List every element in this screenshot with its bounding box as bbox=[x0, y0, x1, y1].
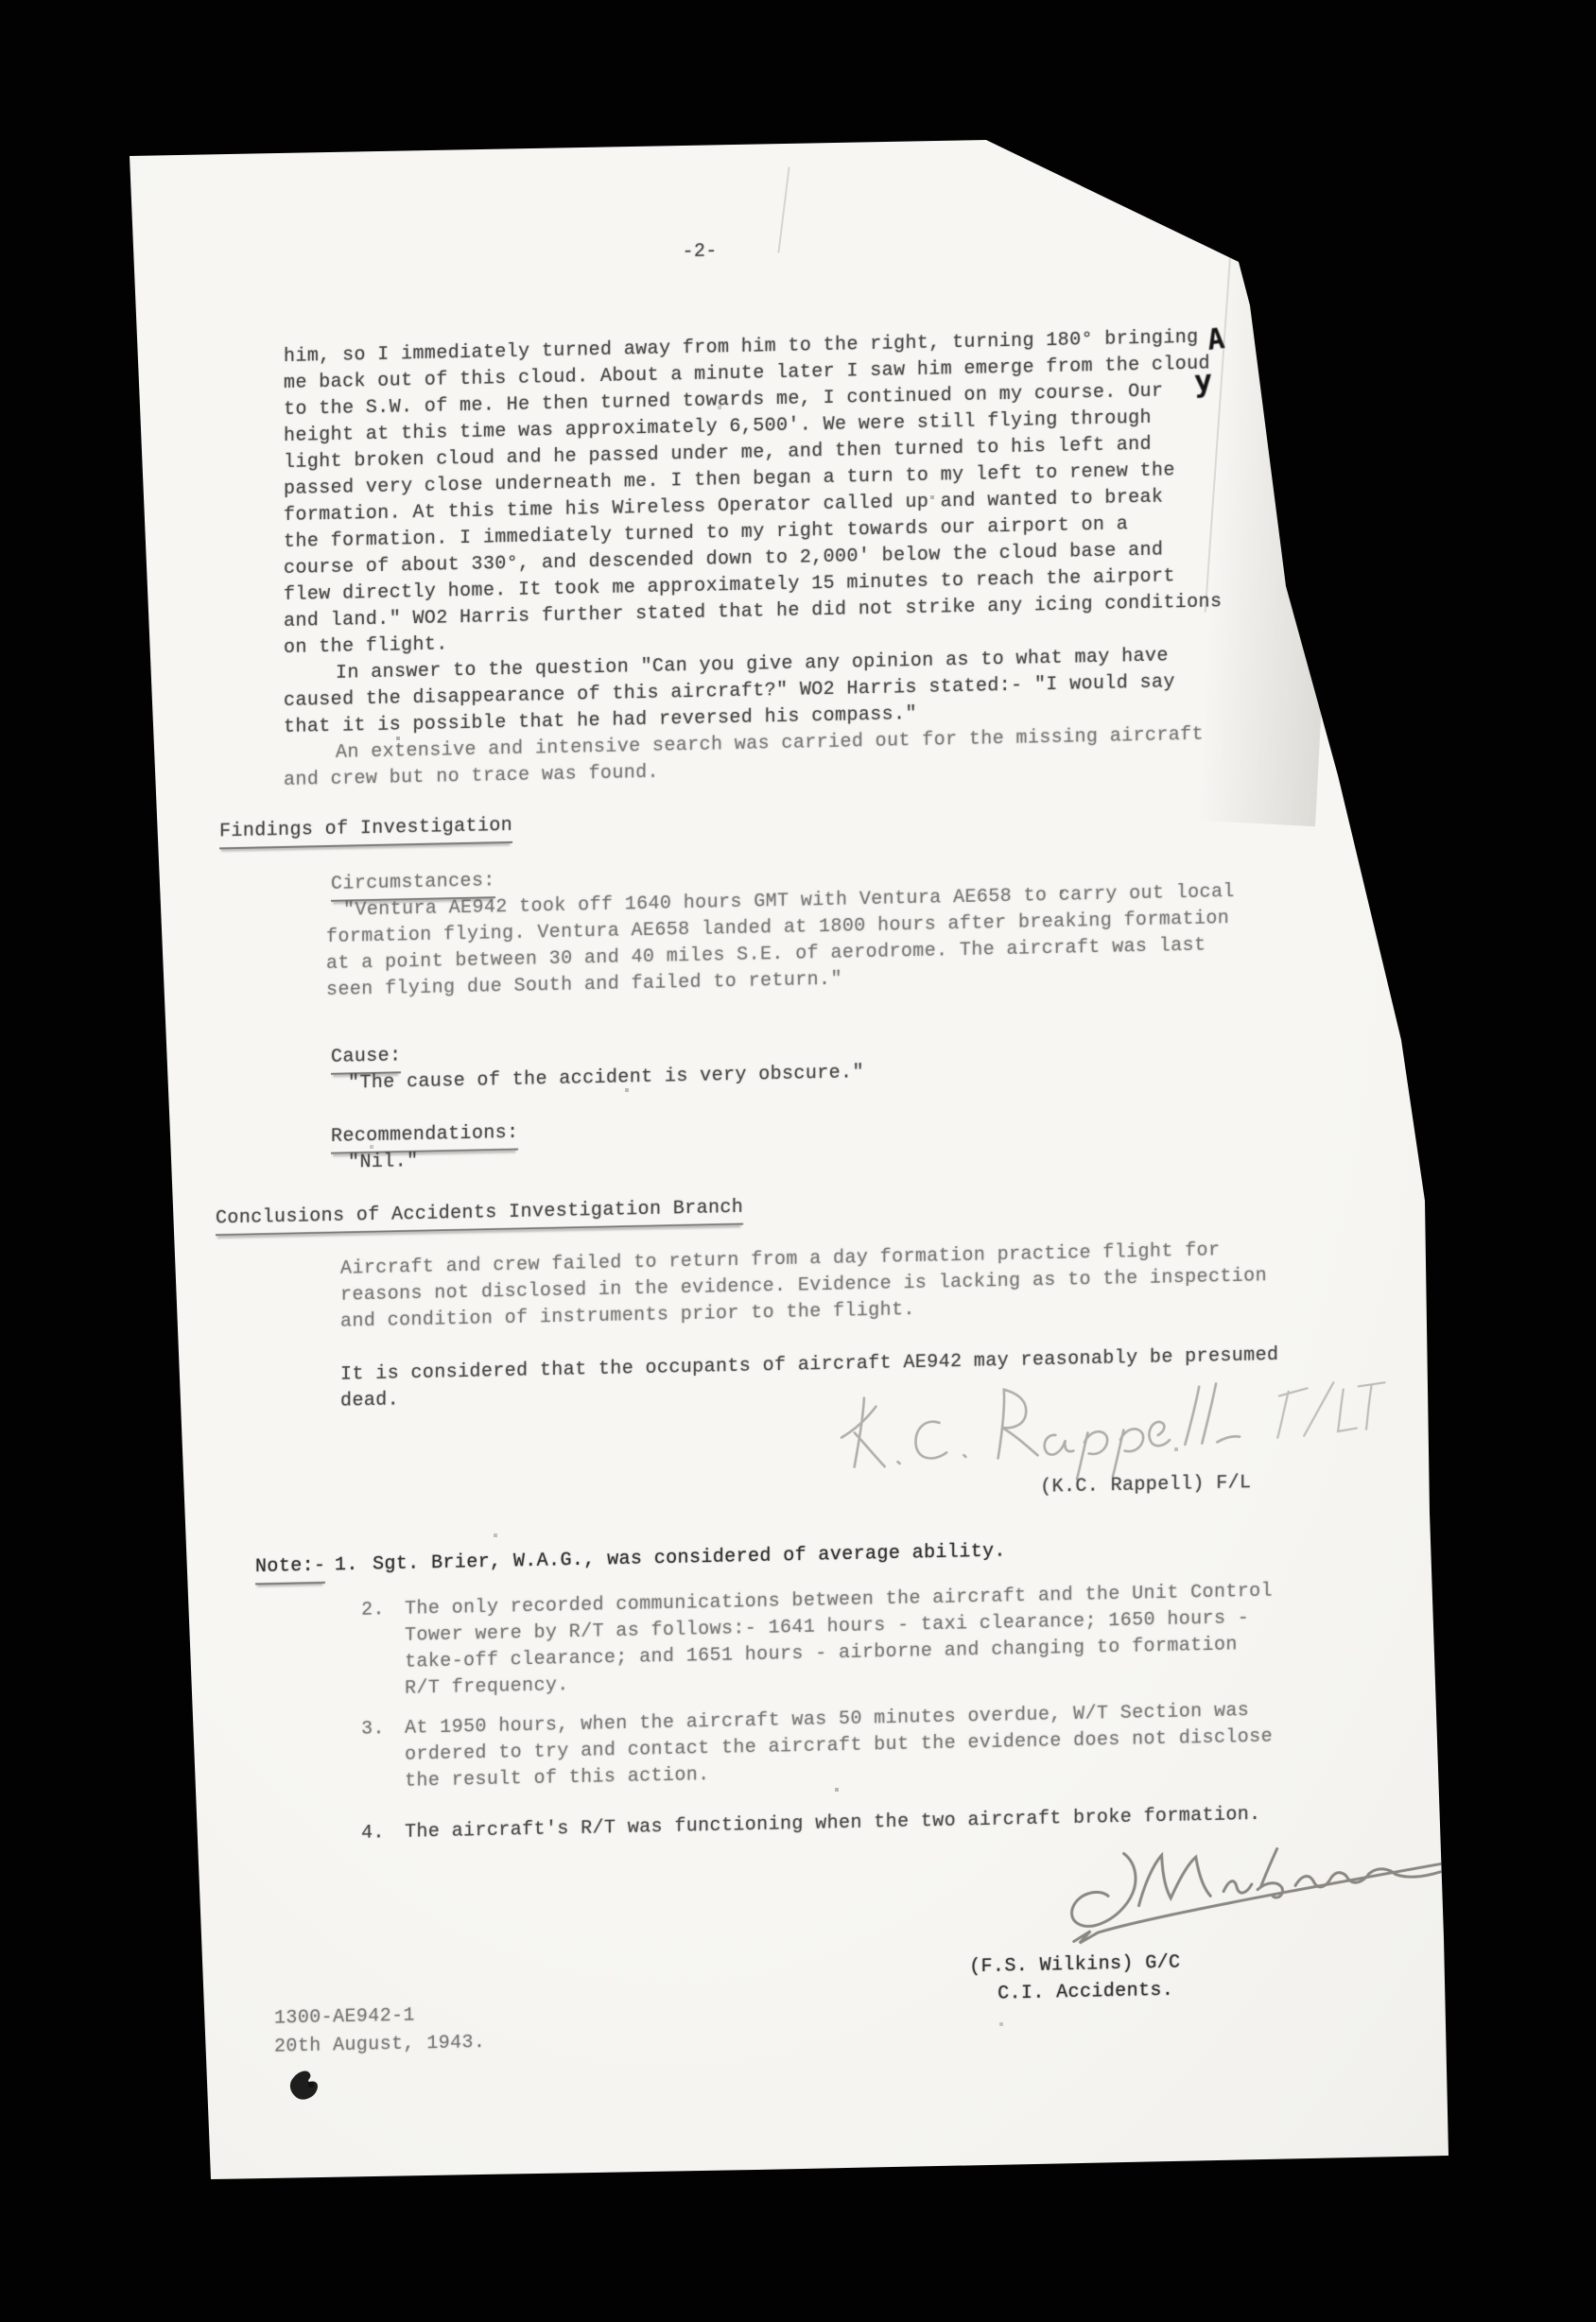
cause-line: "The cause of the accident is very obscu… bbox=[348, 1060, 864, 1097]
conclusions-paragraph: Aircraft and crew failed to return from … bbox=[340, 1237, 1267, 1336]
file-reference: 1300-AE942-1 bbox=[274, 2003, 415, 2033]
page-number: -2- bbox=[284, 231, 1116, 274]
findings-heading: Findings of Investigation bbox=[219, 813, 512, 849]
note-3-number: 3. bbox=[361, 1716, 405, 1743]
edge-ink-mark-bottom: y bbox=[1193, 362, 1214, 399]
conclusions-heading-text: Conclusions of Accidents Investigation B… bbox=[216, 1195, 743, 1237]
paper-speckles bbox=[0, 0, 2, 2]
note-item-3: 3.At 1950 hours, when the aircraft was 5… bbox=[361, 1698, 1273, 1796]
wilkins-signature-script bbox=[961, 1819, 1475, 1970]
document-date: 20th August, 1943. bbox=[274, 2030, 485, 2061]
ink-blob bbox=[284, 2065, 325, 2108]
typed-content: -2- him, so I immediately turned away fr… bbox=[284, 316, 1437, 2192]
wilkins-typed-title: C.I. Accidents. bbox=[997, 1978, 1173, 2008]
note-item-1: Note:-1.Sgt. Brier, W.A.G., was consider… bbox=[255, 1539, 1006, 1586]
recommendations-line: "Nil." bbox=[348, 1149, 418, 1177]
note-1-text: Sgt. Brier, W.A.G., was considered of av… bbox=[373, 1541, 1006, 1576]
conclusions-heading: Conclusions of Accidents Investigation B… bbox=[216, 1195, 743, 1237]
note-4-number: 4. bbox=[361, 1820, 405, 1847]
wilkins-typed-name: (F.S. Wilkins) G/C bbox=[969, 1950, 1180, 1982]
note-label: Note:- bbox=[255, 1553, 325, 1586]
note-2-number: 2. bbox=[361, 1597, 405, 1624]
note-item-2: 2.The only recorded communications betwe… bbox=[361, 1579, 1273, 1704]
opening-paragraph: him, so I immediately turned away from h… bbox=[284, 324, 1222, 662]
findings-heading-text: Findings of Investigation bbox=[219, 813, 512, 849]
scanned-document-canvas: -2- him, so I immediately turned away fr… bbox=[0, 0, 1596, 2322]
note-1-number: 1. bbox=[335, 1552, 373, 1580]
rappell-typed-name: (K.C. Rappell) F/L bbox=[1040, 1470, 1251, 1501]
circumstances-paragraph: "Ventura AE942 took off 1640 hours GMT w… bbox=[326, 879, 1235, 1004]
document-page: -2- him, so I immediately turned away fr… bbox=[0, 0, 1596, 2322]
